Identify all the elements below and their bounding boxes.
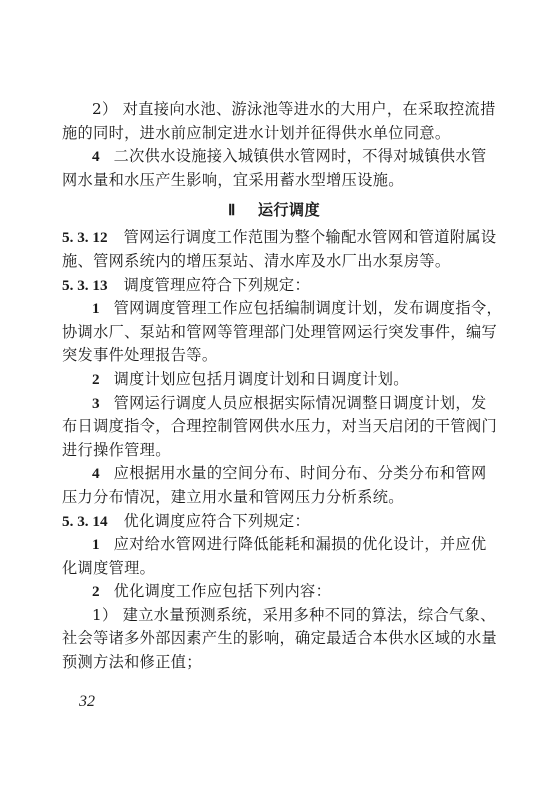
para-line: 1） 建立水量预测系统，采用多种不同的算法，综合气象、 — [62, 604, 486, 628]
para-line: 社会等诸多外部因素产生的影响，确定最适合本供水区域的水量 — [62, 627, 486, 651]
article-number: 5. 3. 12 — [62, 229, 108, 246]
para-line: 化调度管理。 — [62, 557, 486, 581]
para-line: 协调水厂、泵站和管网等管理部门处理管网运行突发事件，编写 — [62, 321, 486, 345]
section-roman-numeral: Ⅱ — [228, 202, 236, 219]
article-5-3-12: 5. 3. 12管网运行调度工作范围为整个输配水管网和管道附属设 — [62, 226, 486, 250]
section-title: 运行调度 — [258, 201, 320, 219]
clause-1-line: 1管网调度管理工作应包括编制调度计划，发布调度指令， — [62, 297, 486, 321]
article-5-3-14: 5. 3. 14优化调度应符合下列规定： — [62, 510, 486, 534]
article-number: 5. 3. 13 — [62, 277, 108, 294]
clause-2-line: 2调度计划应包括月调度计划和日调度计划。 — [62, 368, 486, 392]
para-line: 进行操作管理。 — [62, 439, 486, 463]
page-number: 32 — [79, 693, 95, 711]
clause-4-line: 4应根据用水量的空间分布、时间分布、分类分布和管网 — [62, 462, 486, 486]
clause-4-line: 4二次供水设施接入城镇供水管网时，不得对城镇供水管 — [62, 145, 486, 169]
clause-2-line: 2优化调度工作应包括下列内容： — [62, 580, 486, 604]
clause-1-line: 1应对给水管网进行降低能耗和漏损的优化设计，并应优 — [62, 533, 486, 557]
para-line: 施、管网系统内的增压泵站、清水库及水厂出水泵房等。 — [62, 250, 486, 274]
para-line: 布日调度指令，合理控制管网供水压力，对当天启闭的干管阀门 — [62, 415, 486, 439]
article-5-3-13: 5. 3. 13调度管理应符合下列规定： — [62, 274, 486, 298]
para-line: 网水量和水压产生影响，宜采用蓄水型增压设施。 — [62, 169, 486, 193]
clause-number: 2 — [92, 583, 100, 600]
clause-number: 4 — [92, 465, 100, 482]
para-line: 预测方法和修正值； — [62, 651, 486, 675]
para-line: 2） 对直接向水池、游泳池等进水的大用户，在采取控流措 — [62, 98, 486, 122]
para-line: 施的同时，进水前应制定进水计划并征得供水单位同意。 — [62, 122, 486, 146]
clause-number: 1 — [92, 300, 100, 317]
para-line: 压力分布情况，建立用水量和管网压力分析系统。 — [62, 486, 486, 510]
article-number: 5. 3. 14 — [62, 513, 108, 530]
clause-number: 2 — [92, 371, 100, 388]
document-page: 2） 对直接向水池、游泳池等进水的大用户，在采取控流措 施的同时，进水前应制定进… — [62, 98, 486, 675]
clause-number: 4 — [92, 148, 100, 165]
para-line: 突发事件处理报告等。 — [62, 344, 486, 368]
section-heading: Ⅱ运行调度 — [62, 192, 486, 226]
clause-number: 3 — [92, 395, 100, 412]
clause-3-line: 3管网运行调度人员应根据实际情况调整日调度计划，发 — [62, 392, 486, 416]
clause-number: 1 — [92, 536, 100, 553]
